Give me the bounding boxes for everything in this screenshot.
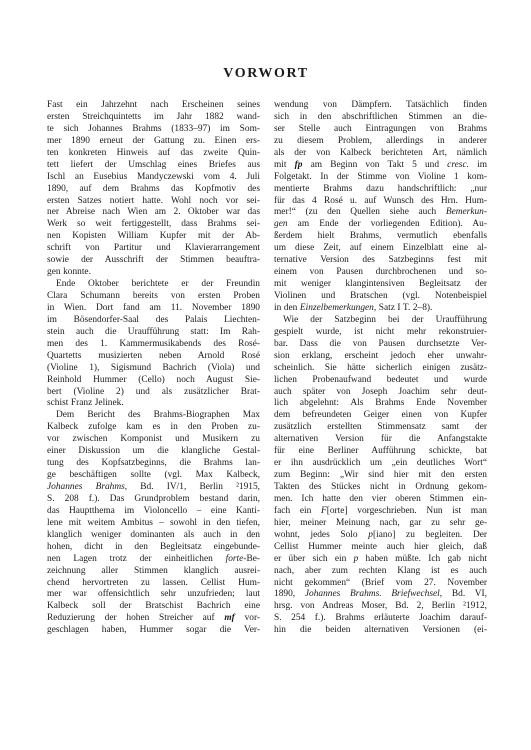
- italic-text: F: [321, 506, 327, 516]
- text-line: Kalbeck zufolge kam es in den Proben zu-: [47, 422, 260, 434]
- text-line: Ende Oktober berichtete er der Freundin: [47, 279, 260, 291]
- text-line: schrift von Partitur und Klavierarrangem…: [47, 243, 260, 255]
- italic-text: p: [354, 554, 359, 564]
- text-line: Quartetts musizierten neben Arnold Rosé: [47, 351, 260, 363]
- text-line: ner Abreise nach Wien am 2. Oktober war …: [47, 207, 260, 219]
- dynamic-marking: fp: [295, 160, 303, 170]
- text-line: vor zwischen Komponist und Musikern zu: [47, 434, 260, 446]
- text-line: (Violine 1), Sigismund Bachrich (Viola) …: [47, 363, 260, 375]
- right-column: wendung von Dämpfern. Tatsächlich finden…: [274, 100, 487, 637]
- preface-page: VORWORT Fast ein Jahrzehnt nach Erschein…: [0, 0, 531, 750]
- text-line: um diese Zeit, auf einem Einzelblatt ein…: [274, 243, 487, 255]
- text-line: er über sich ein p haben müßte. Ich gab …: [274, 554, 487, 566]
- italic-text: Einzelbemerkungen: [300, 303, 374, 313]
- text-line: zu diesem Problem, allerdings in anderer: [274, 136, 487, 148]
- text-line: 1890, auf dem Brahms das Kopfmotiv des: [47, 184, 260, 196]
- text-line: men des 1. Kammermusikabends des Rosé-: [47, 339, 260, 351]
- text-line: Dem Bericht des Brahms-Biographen Max: [47, 410, 260, 422]
- text-line: er ihn ausdrücklich um „ein deutliches W…: [274, 458, 487, 470]
- text-line: Clara Schumann bereits von ersten Proben: [47, 291, 260, 303]
- text-line: alternativen Version für die Anfangstakt…: [274, 434, 487, 446]
- text-line: lich abgelehnt: Als Brahms Ende November: [274, 398, 487, 410]
- text-line: für eine Berliner Aufführung schickte, b…: [274, 446, 487, 458]
- italic-text: Bemerkun-: [446, 207, 487, 217]
- text-line: dem befreundeten Geiger einen von Kupfer: [274, 410, 487, 422]
- text-line: ser Stelle auch Eintragungen von Brahms: [274, 124, 487, 136]
- text-columns: Fast ein Jahrzehnt nach Erscheinen seine…: [47, 100, 487, 637]
- text-line: in Wien. Dort fand am 11. November 1890: [47, 303, 260, 315]
- italic-text: gen: [274, 219, 288, 229]
- text-line: tett liefert der Umschlag eines Briefes …: [47, 160, 260, 172]
- text-line: sowie der Ausschrift der Stimmen beauftr…: [47, 255, 260, 267]
- text-line: hohen, dicht in den Begleitsatz eingebun…: [47, 542, 260, 554]
- text-line: gen am Ende der vorliegenden Edition). A…: [274, 219, 487, 231]
- italic-text: Johannes Brahms: [47, 482, 125, 492]
- italic-text: p: [368, 530, 373, 540]
- text-line: nach, aber zum rechten Klang ist es auch: [274, 566, 487, 578]
- text-line: lene mit weitem Ambitus – sowohl in den …: [47, 518, 260, 530]
- text-line: zeichnung aller Stimmen klanglich ausrei…: [47, 566, 260, 578]
- text-line: hrsg. von Andreas Moser, Bd. 2, Berlin ²…: [274, 601, 487, 613]
- text-line: ternative Version des Satzbeginns fest m…: [274, 255, 487, 267]
- text-line: Folgetakt. In der Stimme von Violine 1 k…: [274, 172, 487, 184]
- text-line: nen Kopisten William Kupfer mit der Ab-: [47, 231, 260, 243]
- text-line: chend hervortreten zu lassen. Cellist Hu…: [47, 578, 260, 590]
- text-line: mentierte Brahms dazu handschriftlich: „…: [274, 184, 487, 196]
- text-line: sich in den abschriftlichen Stimmen an d…: [274, 112, 487, 124]
- italic-text: forte: [226, 554, 244, 564]
- text-line: hier, meiner Meinung nach, gar zu sehr g…: [274, 518, 487, 530]
- text-line: zum Beginn: „Wir sind hier mit den erste…: [274, 470, 487, 482]
- text-line: Ischl an Eusebius Mandyczewski vom 4. Ju…: [47, 172, 260, 184]
- text-line: wendung von Dämpfern. Tatsächlich finden: [274, 100, 487, 112]
- text-line: hin die beiden alternativen Versionen (e…: [274, 625, 487, 637]
- text-line: ßerdem hielt Brahms, vermutlich ebenfall…: [274, 231, 487, 243]
- text-line: in den Einzelbemerkungen, Satz I T. 2–8)…: [274, 303, 487, 315]
- text-line: auch später von Joseph Joachim sehr deut…: [274, 387, 487, 399]
- text-line: Wie der Satzbeginn bei der Uraufführung: [274, 315, 487, 327]
- text-line: nicht gekommen“ (Brief vom 27. November: [274, 578, 487, 590]
- text-line: mer war offensichtlich sehr unzufrieden;…: [47, 589, 260, 601]
- text-line: S. 254 f.). Brahms erläuterte Joachim da…: [274, 613, 487, 625]
- text-line: bar. Dass die von Pausen durchsetzte Ver…: [274, 339, 487, 351]
- text-line: stein auch die Uraufführung statt: Im Ra…: [47, 327, 260, 339]
- text-line: Werk so weit fertiggestellt, dass Brahms…: [47, 219, 260, 231]
- left-column: Fast ein Jahrzehnt nach Erscheinen seine…: [47, 100, 260, 637]
- text-line: mit fp am Beginn von Takt 5 und cresc. i…: [274, 160, 487, 172]
- text-line: ge beschäftigen sollte (vgl. Max Kalbeck…: [47, 470, 260, 482]
- text-line: für das 4 Rosé u. auf Wunsch des Hrn. Hu…: [274, 196, 487, 208]
- text-line: Violinen und Bratschen (vgl. Notenbeispi…: [274, 291, 487, 303]
- text-line: sion erklang, erscheint jedoch eher unwa…: [274, 351, 487, 363]
- text-line: nen Lagen trotz der einheitlichen forte-…: [47, 554, 260, 566]
- text-line: men. Ich hatte den vier oberen Stimmen e…: [274, 494, 487, 506]
- text-line: Takten des Stückes nicht in Ordnung geko…: [274, 482, 487, 494]
- text-line: als der von Kalbeck berichteten Art, näm…: [274, 148, 487, 160]
- italic-text: Johannes Brahms. Briefwechsel: [305, 589, 440, 599]
- text-line: mer!“ (zu den Quellen siehe auch Bemerku…: [274, 207, 487, 219]
- text-line: mit weniger klangintensiven Begleitsatz …: [274, 279, 487, 291]
- text-line: mer 1890 erneut der Gattung zu. Einen er…: [47, 136, 260, 148]
- text-line: einem von Pausen durchbrochenen und so-: [274, 267, 487, 279]
- page-title: VORWORT: [46, 66, 486, 82]
- text-line: wohnt, jedes Solo p[iano] zu begleiten. …: [274, 530, 487, 542]
- italic-text: cresc.: [447, 160, 469, 170]
- text-line: te sich Johannes Brahms (1833–97) im Som…: [47, 124, 260, 136]
- text-line: gen konnte.: [47, 267, 260, 279]
- text-line: Johannes Brahms, Bd. IV/1, Berlin ²1915,: [47, 482, 260, 494]
- text-line: ersten Streichquintetts im Jahr 1882 wan…: [47, 112, 260, 124]
- text-line: zusätzlich erstellten Stimmensatz samt d…: [274, 422, 487, 434]
- text-line: 1890, Johannes Brahms. Briefwechsel, Bd.…: [274, 589, 487, 601]
- text-line: Reduzierung der hohen Streicher auf mf v…: [47, 613, 260, 625]
- text-line: ten konkreten Hinweis auf das zweite Qui…: [47, 148, 260, 160]
- text-line: bert (Violine 2) und als zusätzlicher Br…: [47, 387, 260, 399]
- text-line: Cellist Hummer meinte auch hier gleich, …: [274, 542, 487, 554]
- text-line: Reinhold Hummer (Cello) noch August Sie-: [47, 375, 260, 387]
- text-line: klanglich weniger dominanten als auch in…: [47, 530, 260, 542]
- dynamic-marking: mf: [224, 613, 234, 623]
- text-line: ersten Satzes notiert hatte. Wohl noch v…: [47, 196, 260, 208]
- text-line: lichen Probenaufwand bedeutet und wurde: [274, 375, 487, 387]
- text-line: fach ein F[orte] vorgeschrieben. Nun ist…: [274, 506, 487, 518]
- text-line: Kalbeck soll der Bratschist Bachrich ein…: [47, 601, 260, 613]
- text-line: das Hauptthema im Violoncello – eine Kan…: [47, 506, 260, 518]
- text-line: Fast ein Jahrzehnt nach Erscheinen seine…: [47, 100, 260, 112]
- text-line: scheinlich. Sie hätte sicherlich einigen…: [274, 363, 487, 375]
- text-line: schist Franz Jelinek.: [47, 398, 260, 410]
- text-line: einer Diskussion um die klangliche Gesta…: [47, 446, 260, 458]
- text-line: gespielt wurde, ist nicht mehr rekonstru…: [274, 327, 487, 339]
- text-line: im Bösendorfer-Saal des Palais Liechten-: [47, 315, 260, 327]
- text-line: tung des Kopfsatzbeginns, die Brahms lan…: [47, 458, 260, 470]
- text-line: S. 208 f.). Das Grundproblem bestand dar…: [47, 494, 260, 506]
- text-line: geschlagen haben, Hummer sogar die Ver-: [47, 625, 260, 637]
